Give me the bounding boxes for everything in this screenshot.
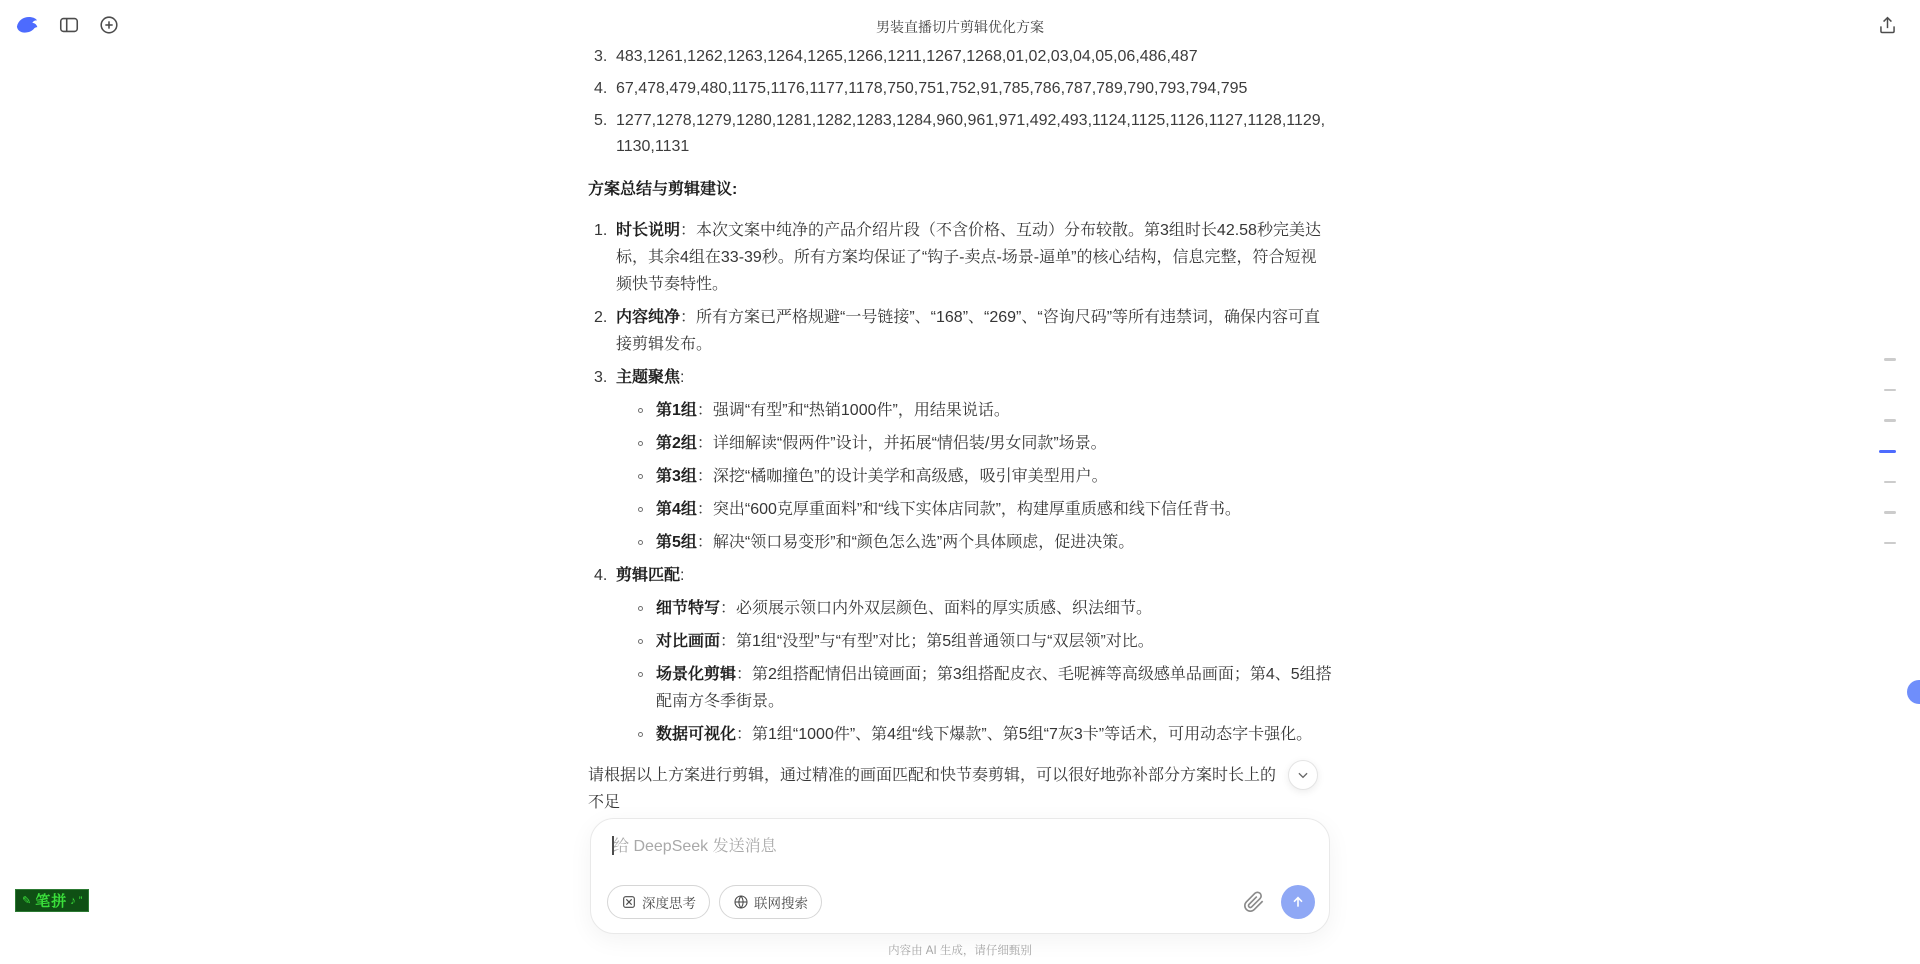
globe-icon — [733, 894, 749, 910]
page-title: 男装直播切片剪辑优化方案 — [876, 17, 1044, 37]
chat-composer: 深度思考 联网搜索 — [590, 818, 1330, 934]
sub-lead: 数据可视化 — [656, 726, 736, 743]
web-search-button[interactable]: 联网搜索 — [719, 885, 822, 919]
attach-file-button[interactable] — [1243, 891, 1265, 913]
clip-number-row: 5. 1277,1278,1279,1280,1281,1282,1283,12… — [588, 108, 1332, 160]
sub-lead: 第5组 — [656, 534, 697, 551]
advice-item: 4. 剪辑匹配: 细节特写：必须展示领口内外双层颜色、面料的厚实质感、织法细节。… — [588, 562, 1332, 748]
sub-item: 对比画面：第1组“没型”与“有型”对比；第5组普通领口与“双层领”对比。 — [616, 628, 1332, 655]
closing-text: 请根据以上方案进行剪辑，通过精准的画面匹配和快节奏剪辑，可以很好地弥补部分方案时… — [588, 767, 1276, 811]
sub-item: 场景化剪辑：第2组搭配情侣出镜画面；第3组搭配皮衣、毛呢裤等高级感单品画面；第4… — [616, 661, 1332, 715]
sub-lead: 场景化剪辑 — [656, 666, 736, 683]
assistant-message: 3. 483,1261,1262,1263,1264,1265,1266,121… — [588, 44, 1332, 816]
share-icon[interactable] — [1874, 12, 1900, 38]
top-bar: 男装直播切片剪辑优化方案 — [0, 0, 1920, 50]
sub-lead: 第4组 — [656, 501, 697, 518]
sub-text: ：突出“600克厚重面料”和“线下实体店同款”，构建厚重质感和线下信任背书。 — [697, 501, 1241, 518]
extension-badge[interactable]: ✎ 笔拼 ♪ ” — [15, 889, 89, 912]
bullet-icon — [638, 540, 643, 545]
chevron-down-icon — [1296, 768, 1310, 782]
clip-number-row: 4. 67,478,479,480,1175,1176,1177,1178,75… — [588, 76, 1332, 102]
bullet-icon — [638, 732, 643, 737]
bullet-icon — [638, 606, 643, 611]
advice-list: 1. 时长说明：本次文案中纯净的产品介绍片段（不含价格、互动）分布较散。第3组时… — [588, 217, 1332, 748]
deepseek-logo-icon — [14, 11, 42, 39]
sub-text: ：第1组“1000件”、第4组“线下爆款”、第5组“7灰3卡”等话术，可用动态字… — [736, 726, 1312, 743]
list-marker: 5. — [594, 108, 607, 134]
sub-item: 第5组：解决“领口易变形”和“颜色怎么选”两个具体顾虑，促进决策。 — [616, 529, 1332, 556]
list-marker: 2. — [594, 304, 607, 331]
outline-mark[interactable] — [1884, 481, 1896, 484]
advice-lead: 内容纯净 — [616, 309, 680, 326]
sub-text: ：解决“领口易变形”和“颜色怎么选”两个具体顾虑，促进决策。 — [697, 534, 1134, 551]
clip-numbers: 1277,1278,1279,1280,1281,1282,1283,1284,… — [616, 112, 1325, 155]
outline-mark[interactable] — [1884, 542, 1896, 545]
sub-list: 第1组：强调“有型”和“热销1000件”，用结果说话。 第2组：详细解读“假两件… — [616, 397, 1332, 556]
list-marker: 1. — [594, 217, 607, 244]
advice-text: ：所有方案已严格规避“一号链接”、“168”、“269”、“咨询尺码”等所有违禁… — [616, 309, 1320, 353]
outline-mark[interactable] — [1884, 511, 1896, 514]
section-heading: 方案总结与剪辑建议: — [588, 176, 1332, 203]
text-caret — [612, 836, 614, 855]
advice-lead: 主题聚焦 — [616, 369, 680, 386]
sub-item: 第1组：强调“有型”和“热销1000件”，用结果说话。 — [616, 397, 1332, 424]
sub-text: ：深挖“橘咖撞色”的设计美学和高级感，吸引审美型用户。 — [697, 468, 1108, 485]
advice-text: : — [680, 567, 684, 584]
pen-icon: ✎ — [22, 894, 32, 907]
outline-mark[interactable] — [1884, 419, 1896, 422]
sub-text: ：第2组搭配情侣出镜画面；第3组搭配皮衣、毛呢裤等高级感单品画面；第4、5组搭配… — [656, 666, 1332, 710]
sub-text: ：必须展示领口内外双层颜色、面料的厚实质感、织法细节。 — [720, 600, 1152, 617]
sub-item: 细节特写：必须展示领口内外双层颜色、面料的厚实质感、织法细节。 — [616, 595, 1332, 622]
sub-lead: 对比画面 — [656, 633, 720, 650]
ai-disclaimer: 内容由 AI 生成，请仔细甄别 — [0, 942, 1920, 958]
arrow-up-icon — [1290, 894, 1306, 910]
bullet-icon — [638, 507, 643, 512]
sub-lead: 第2组 — [656, 435, 697, 452]
bullet-icon — [638, 441, 643, 446]
list-marker: 3. — [594, 364, 607, 391]
bullet-icon — [638, 672, 643, 677]
paperclip-icon — [1243, 891, 1265, 913]
deep-think-label: 深度思考 — [642, 892, 696, 912]
closing-paragraph: 请根据以上方案进行剪辑，通过精准的画面匹配和快节奏剪辑，可以很好地弥补部分方案时… — [588, 762, 1332, 816]
sub-lead: 第1组 — [656, 402, 697, 419]
outline-mark[interactable] — [1884, 389, 1896, 392]
sub-item: 第2组：详细解读“假两件”设计，并拓展“情侣装/男女同款”场景。 — [616, 430, 1332, 457]
sub-list: 细节特写：必须展示领口内外双层颜色、面料的厚实质感、织法细节。 对比画面：第1组… — [616, 595, 1332, 748]
badge-label: 笔拼 — [35, 890, 67, 911]
bullet-icon — [638, 408, 643, 413]
advice-text: ：本次文案中纯净的产品介绍片段（不含价格、互动）分布较散。第3组时长42.58秒… — [616, 222, 1321, 293]
sub-text: ：强调“有型”和“热销1000件”，用结果说话。 — [697, 402, 1010, 419]
advice-item: 2. 内容纯净：所有方案已严格规避“一号链接”、“168”、“269”、“咨询尺… — [588, 304, 1332, 358]
message-outline-minimap — [1879, 358, 1896, 572]
sub-lead: 第3组 — [656, 468, 697, 485]
bullet-icon — [638, 474, 643, 479]
sub-text: ：详细解读“假两件”设计，并拓展“情侣装/男女同款”场景。 — [697, 435, 1107, 452]
deep-think-icon — [621, 894, 637, 910]
sub-item: 第4组：突出“600克厚重面料”和“线下实体店同款”，构建厚重质感和线下信任背书… — [616, 496, 1332, 523]
advice-item: 1. 时长说明：本次文案中纯净的产品介绍片段（不含价格、互动）分布较散。第3组时… — [588, 217, 1332, 298]
advice-text: : — [680, 369, 684, 386]
clip-numbers: 67,478,479,480,1175,1176,1177,1178,750,7… — [616, 80, 1247, 97]
outline-mark[interactable] — [1884, 358, 1896, 361]
list-marker: 4. — [594, 76, 607, 102]
sub-lead: 细节特写 — [656, 600, 720, 617]
edge-docked-button[interactable] — [1907, 680, 1920, 704]
new-chat-icon[interactable] — [96, 12, 122, 38]
bullet-icon — [638, 639, 643, 644]
badge-decoration: ♪ ” — [70, 895, 82, 907]
chat-input[interactable] — [613, 833, 1293, 879]
advice-lead: 时长说明 — [616, 222, 680, 239]
advice-item: 3. 主题聚焦: 第1组：强调“有型”和“热销1000件”，用结果说话。 第2组… — [588, 364, 1332, 556]
deep-think-button[interactable]: 深度思考 — [607, 885, 710, 919]
sub-text: ：第1组“没型”与“有型”对比；第5组普通领口与“双层领”对比。 — [720, 633, 1154, 650]
sidebar-toggle-icon[interactable] — [56, 12, 82, 38]
clip-numbers: 483,1261,1262,1263,1264,1265,1266,1211,1… — [616, 48, 1198, 65]
list-marker: 4. — [594, 562, 607, 589]
send-button[interactable] — [1281, 885, 1315, 919]
sub-item: 数据可视化：第1组“1000件”、第4组“线下爆款”、第5组“7灰3卡”等话术，… — [616, 721, 1332, 748]
outline-mark-active[interactable] — [1879, 450, 1896, 453]
sub-item: 第3组：深挖“橘咖撞色”的设计美学和高级感，吸引审美型用户。 — [616, 463, 1332, 490]
advice-lead: 剪辑匹配 — [616, 567, 680, 584]
web-search-label: 联网搜索 — [754, 892, 808, 912]
scroll-to-bottom-button[interactable] — [1288, 760, 1318, 790]
